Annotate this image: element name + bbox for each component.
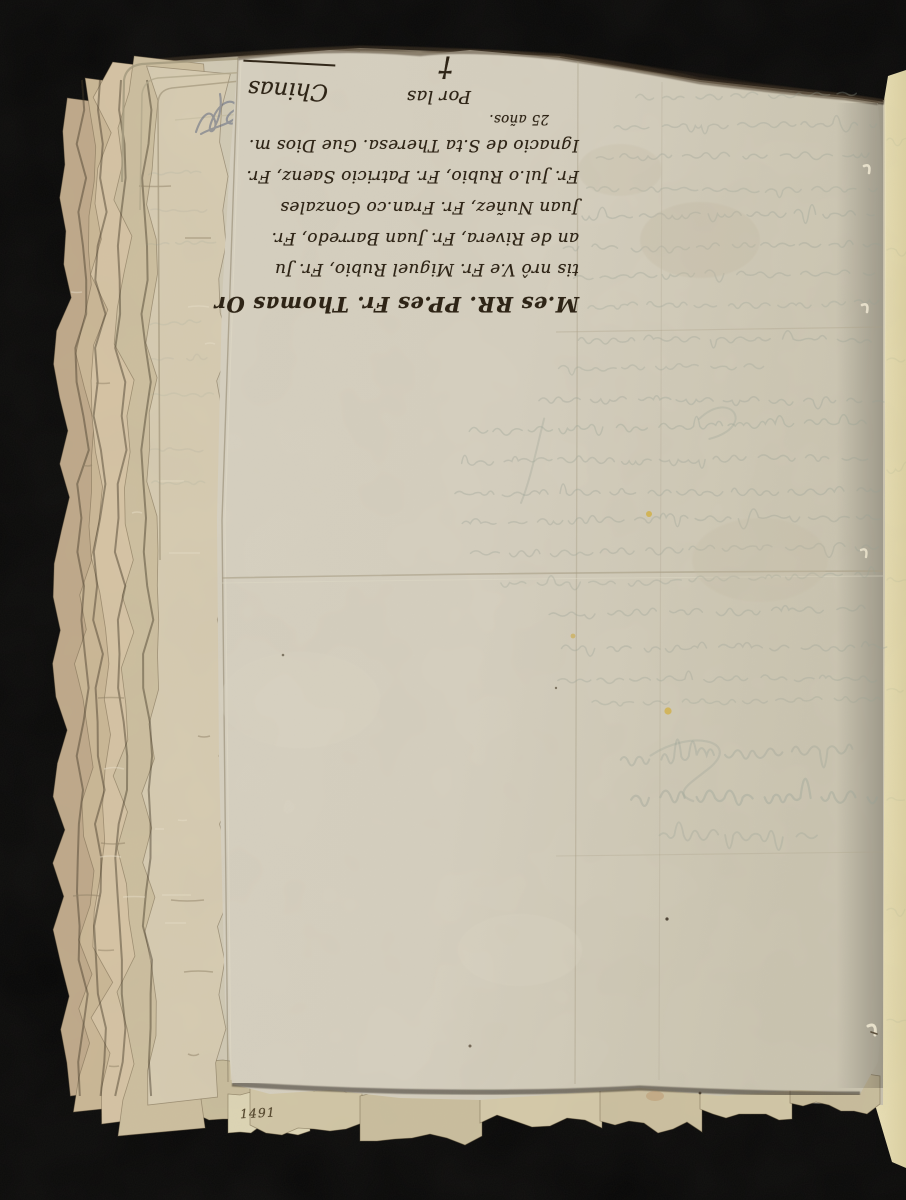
docket-label: Chinas [241, 60, 336, 119]
address-line: an de Rivera, Fr. Juan Barredo, Fr. [243, 222, 579, 253]
folio-number: 1491 [240, 1104, 291, 1125]
address-line: Juan Nuñez, Fr. Fran.co Gonzales [243, 191, 579, 222]
address-line: Fr. Jul.o Rubio, Fr. Patricio Saenz, Fr. [243, 160, 579, 191]
address-line: tis nrô V.e Fr. Miguel Rubio, Fr. Ju [243, 253, 579, 284]
address-line: Ignacio de S.ta Theresa. Gue Dios m. [243, 129, 579, 160]
address-line: Por las [135, 84, 579, 109]
manuscript-photo: M.es RR. PP.es Fr. Thomas Or tis nrô V.e… [0, 0, 906, 1200]
paraph-flourish: † [117, 50, 579, 84]
address-line: M.es RR. PP.es Fr. Thomas Or [243, 284, 579, 324]
